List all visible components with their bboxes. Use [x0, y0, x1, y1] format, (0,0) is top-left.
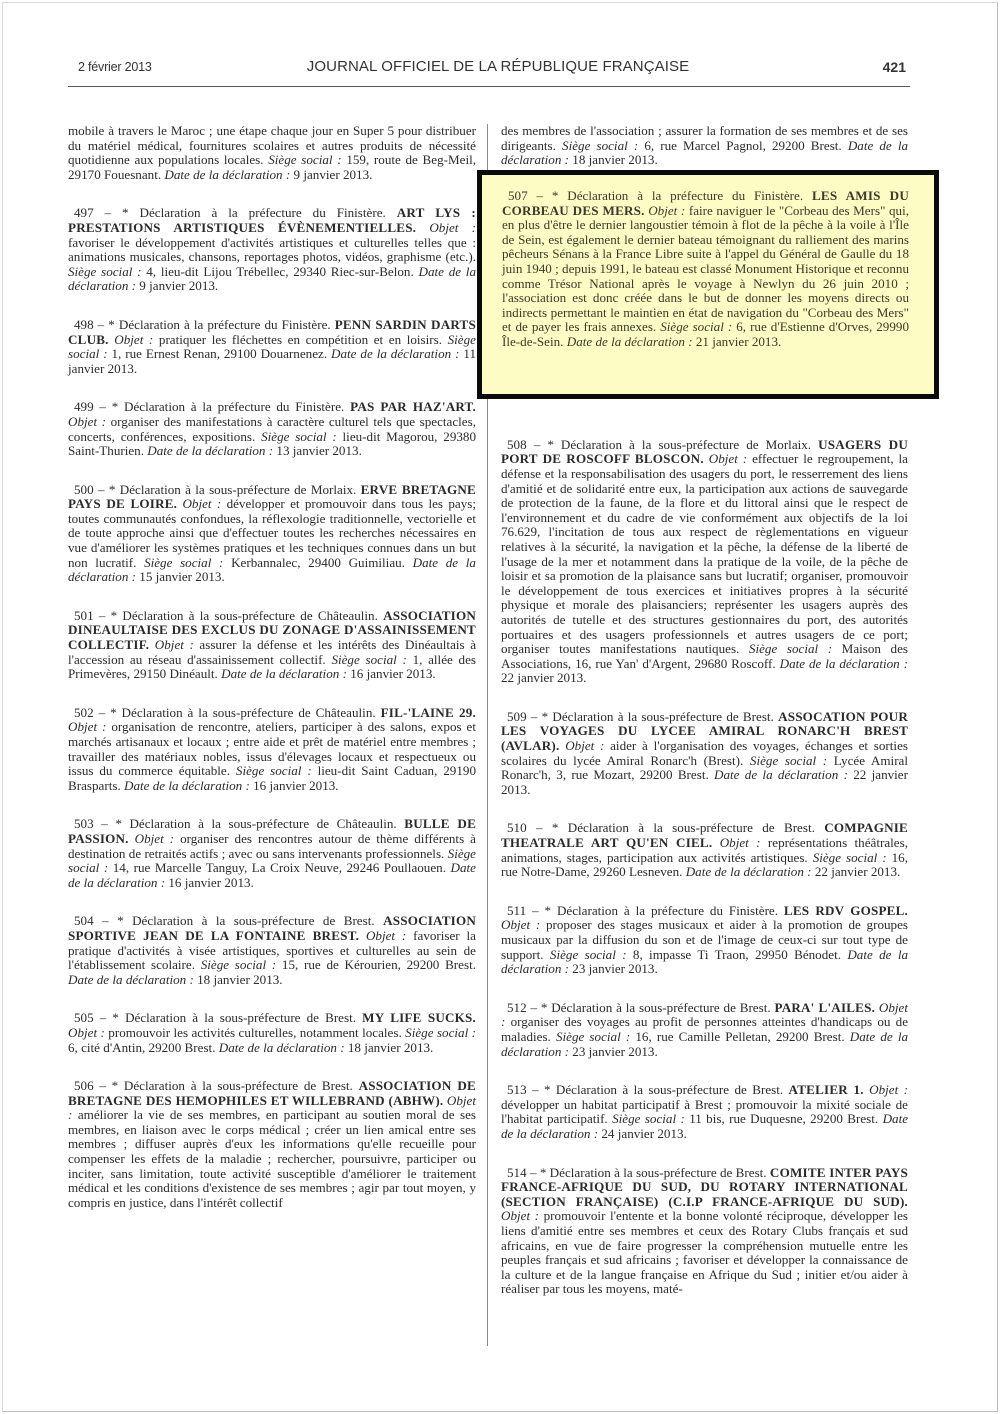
objet-label: Objet :: [429, 220, 476, 235]
date-label: Date de la déclaration :: [331, 346, 459, 361]
left-column: mobile à travers le Maroc ; une étape ch…: [68, 124, 476, 1210]
entry-number: 511 – * Déclaration à la préfecture du F…: [507, 903, 778, 918]
siege-value: 6, rue Marcel Pagnol, 29200 Brest.: [644, 138, 841, 153]
siege-value: 4, lieu-dit Lijou Trébellec, 29340 Riec-…: [146, 264, 414, 279]
objet-label: Objet :: [720, 835, 761, 850]
objet-label: Objet :: [648, 203, 685, 218]
entry-504: 504 – * Déclaration à la sous-préfecture…: [68, 914, 476, 987]
objet-value: améliorer la vie de ses membres, en part…: [68, 1107, 476, 1210]
entry-number: 508 – * Déclaration à la sous-préfecture…: [507, 437, 811, 452]
date-value: 15 janvier 2013.: [139, 569, 224, 584]
objet-label: Objet :: [501, 1208, 539, 1223]
date-label: Date de la déclaration :: [714, 767, 848, 782]
objet-label: Objet :: [501, 917, 540, 932]
continuation-entry: mobile à travers le Maroc ; une étape ch…: [68, 124, 476, 182]
entry-number: 509 – * Déclaration à la sous-préfecture…: [507, 709, 774, 724]
objet-value: pratiquer les fléchettes en compétition …: [159, 332, 442, 347]
entry-number: 512 – * Déclaration à la sous-préfecture…: [507, 1000, 771, 1015]
date-value: 18 janvier 2013.: [348, 1040, 433, 1055]
date-value: 23 janvier 2013.: [572, 1044, 657, 1059]
siege-label: Siège social :: [813, 850, 887, 865]
entry-499: 499 – * Déclaration à la préfecture du F…: [68, 400, 476, 458]
date-label: Date de la déclaration :: [780, 656, 908, 671]
entry-number: 503 – * Déclaration à la sous-préfecture…: [74, 816, 397, 831]
siege-value: 15, rue de Kérourien, 29200 Brest.: [282, 957, 476, 972]
entry-502: 502 – * Déclaration à la sous-préfecture…: [68, 706, 476, 794]
siege-label: Siège social :: [660, 319, 732, 334]
entry-501: 501 – * Déclaration à la sous-préfecture…: [68, 609, 476, 682]
date-value: 13 janvier 2013.: [276, 443, 361, 458]
page-header: 2 février 2013 JOURNAL OFFICIEL DE LA RÉ…: [78, 57, 918, 83]
association-name: ATELIER 1.: [789, 1082, 864, 1097]
siege-value: 6, cité d'Antin, 29200 Brest.: [68, 1040, 215, 1055]
date-value: 23 janvier 2013.: [572, 961, 657, 976]
siege-label: Siège social :: [331, 652, 406, 667]
entry-511: 511 – * Déclaration à la préfecture du F…: [501, 904, 908, 977]
objet-value: faire naviguer le "Corbeau des Mers" qui…: [502, 203, 909, 335]
siege-label: Siège social :: [556, 1029, 630, 1044]
entry-number: 514 – * Déclaration à la sous-préfecture…: [507, 1165, 767, 1180]
date-label: Date de la déclaration :: [567, 334, 693, 349]
association-name: MY LIFE SUCKS.: [362, 1010, 476, 1025]
siege-label: Siège social :: [68, 264, 142, 279]
objet-label: Objet :: [68, 414, 106, 429]
date-value: 9 janvier 2013.: [294, 167, 373, 182]
entry-512: 512 – * Déclaration à la sous-préfecture…: [501, 1001, 908, 1059]
siege-label: Siège social :: [749, 641, 832, 656]
entry-number: 510 – * Déclaration à la sous-préfecture…: [507, 820, 815, 835]
date-label: Date de la déclaration :: [686, 864, 812, 879]
entry-500: 500 – * Déclaration à la sous-préfecture…: [68, 483, 476, 585]
entry-number: 506 – * Déclaration à la sous-préfecture…: [74, 1078, 353, 1093]
association-name: PAS PAR HAZ'ART.: [350, 399, 476, 414]
date-value: 24 janvier 2013.: [601, 1126, 686, 1141]
date-value: 18 janvier 2013.: [197, 972, 282, 987]
entry-498: 498 – * Déclaration à la préfecture du F…: [68, 318, 476, 376]
entry-508: 508 – * Déclaration à la sous-préfecture…: [501, 438, 908, 686]
objet-value: organiser des rencontres autour de thème…: [68, 831, 476, 861]
objet-value: promouvoir les activités culturelles, no…: [108, 1025, 401, 1040]
entry-505: 505 – * Déclaration à la sous-préfecture…: [68, 1011, 476, 1055]
journal-page: 2 février 2013 JOURNAL OFFICIEL DE LA RÉ…: [0, 0, 1000, 1414]
date-label: Date de la déclaration :: [221, 666, 347, 681]
entry-number: 513 – * Déclaration à la sous-préfecture…: [507, 1082, 783, 1097]
objet-value: effectuer le regroupement, la défense et…: [501, 451, 908, 656]
date-label: Date de la déclaration :: [68, 972, 194, 987]
siege-value: 1, rue Ernest Renan, 29100 Douarnenez.: [112, 346, 328, 361]
date-value: 22 janvier 2013.: [815, 864, 900, 879]
entry-number: 507 – * Déclaration à la préfecture du F…: [508, 188, 803, 203]
date-label: Date de la déclaration :: [147, 443, 273, 458]
date-label: Date de la déclaration :: [164, 167, 290, 182]
date-value: 9 janvier 2013.: [139, 278, 218, 293]
objet-label: Objet :: [135, 831, 174, 846]
date-value: 16 janvier 2013.: [253, 778, 338, 793]
objet-label: Objet :: [68, 719, 106, 734]
siege-label: Siège social :: [750, 753, 827, 768]
objet-label: Objet :: [869, 1082, 908, 1097]
entry-497: 497 – * Déclaration à la préfecture du F…: [68, 206, 476, 294]
siege-value: 14, rue Marcelle Tanguy, La Croix Neuve,…: [113, 860, 446, 875]
siege-label: Siège social :: [261, 429, 337, 444]
objet-label: Objet :: [182, 496, 221, 511]
siege-label: Siège social :: [201, 957, 276, 972]
siege-label: Siège social :: [236, 763, 312, 778]
entry-number: 502 – * Déclaration à la sous-préfecture…: [74, 705, 376, 720]
date-value: 16 janvier 2013.: [350, 666, 435, 681]
entry-number: 505 – * Déclaration à la sous-préfecture…: [74, 1010, 356, 1025]
entry-number: 499 – * Déclaration à la préfecture du F…: [74, 399, 344, 414]
entry-514: 514 – * Déclaration à la sous-préfecture…: [501, 1166, 908, 1297]
siege-value: 16, rue Camille Pelletan, 29200 Brest.: [635, 1029, 844, 1044]
entry-507: 507 – * Déclaration à la préfecture du F…: [502, 189, 909, 350]
siege-value: 8, impasse Ti Traon, 29950 Bénodet.: [633, 947, 841, 962]
page-number: 421: [883, 59, 906, 75]
continuation-entry: des membres de l'association ; assurer l…: [501, 124, 908, 168]
date-value: 18 janvier 2013.: [572, 152, 657, 167]
date-value: 22 janvier 2013.: [501, 670, 586, 685]
siege-value: 11 bis, rue Duquesne, 29200 Brest.: [689, 1111, 878, 1126]
objet-label: Objet :: [709, 451, 747, 466]
date-value: 16 janvier 2013.: [168, 875, 253, 890]
date-label: Date de la déclaration :: [124, 778, 250, 793]
entry-number: 500 – * Déclaration à la sous-préfecture…: [74, 482, 356, 497]
association-name: LES RDV GOSPEL.: [784, 903, 908, 918]
siege-label: Siège social :: [550, 947, 627, 962]
entry-number: 497 – * Déclaration à la préfecture du F…: [74, 205, 386, 220]
siege-label: Siège social :: [405, 1025, 476, 1040]
highlighted-entry-box: 507 – * Déclaration à la préfecture du F…: [477, 170, 939, 399]
objet-label: Objet :: [366, 928, 406, 943]
entry-506: 506 – * Déclaration à la sous-préfecture…: [68, 1079, 476, 1210]
siege-label: Siège social :: [144, 555, 223, 570]
siege-label: Siège social :: [612, 1111, 685, 1126]
association-name: PARA' L'AILES.: [774, 1000, 875, 1015]
header-divider: [68, 86, 910, 87]
date-label: Date de la déclaration :: [219, 1040, 345, 1055]
date-value: 21 janvier 2013.: [696, 334, 781, 349]
objet-value: favoriser le développement d'activités a…: [68, 235, 476, 265]
objet-label: Objet :: [68, 1025, 105, 1040]
objet-value: promouvoir l'entente et la bonne volonté…: [501, 1208, 908, 1296]
entry-503: 503 – * Déclaration à la sous-préfecture…: [68, 817, 476, 890]
siege-label: Siège social :: [562, 138, 638, 153]
objet-label: Objet :: [155, 637, 194, 652]
entry-number: 504 – * Déclaration à la sous-préfecture…: [74, 913, 375, 928]
entry-509: 509 – * Déclaration à la sous-préfecture…: [501, 710, 908, 798]
siege-label: Siège social :: [268, 152, 341, 167]
entry-510: 510 – * Déclaration à la sous-préfecture…: [501, 821, 908, 879]
objet-label: Objet :: [565, 738, 604, 753]
objet-label: Objet :: [114, 332, 153, 347]
association-name: FIL-'LAINE 29.: [381, 705, 476, 720]
entry-number: 501 – * Déclaration à la sous-préfecture…: [74, 608, 378, 623]
siege-value: Kerbannalec, 29400 Guimiliau.: [231, 555, 405, 570]
entry-513: 513 – * Déclaration à la sous-préfecture…: [501, 1083, 908, 1141]
journal-title: JOURNAL OFFICIEL DE LA RÉPUBLIQUE FRANÇA…: [78, 58, 918, 75]
entry-number: 498 – * Déclaration à la préfecture du F…: [74, 317, 331, 332]
